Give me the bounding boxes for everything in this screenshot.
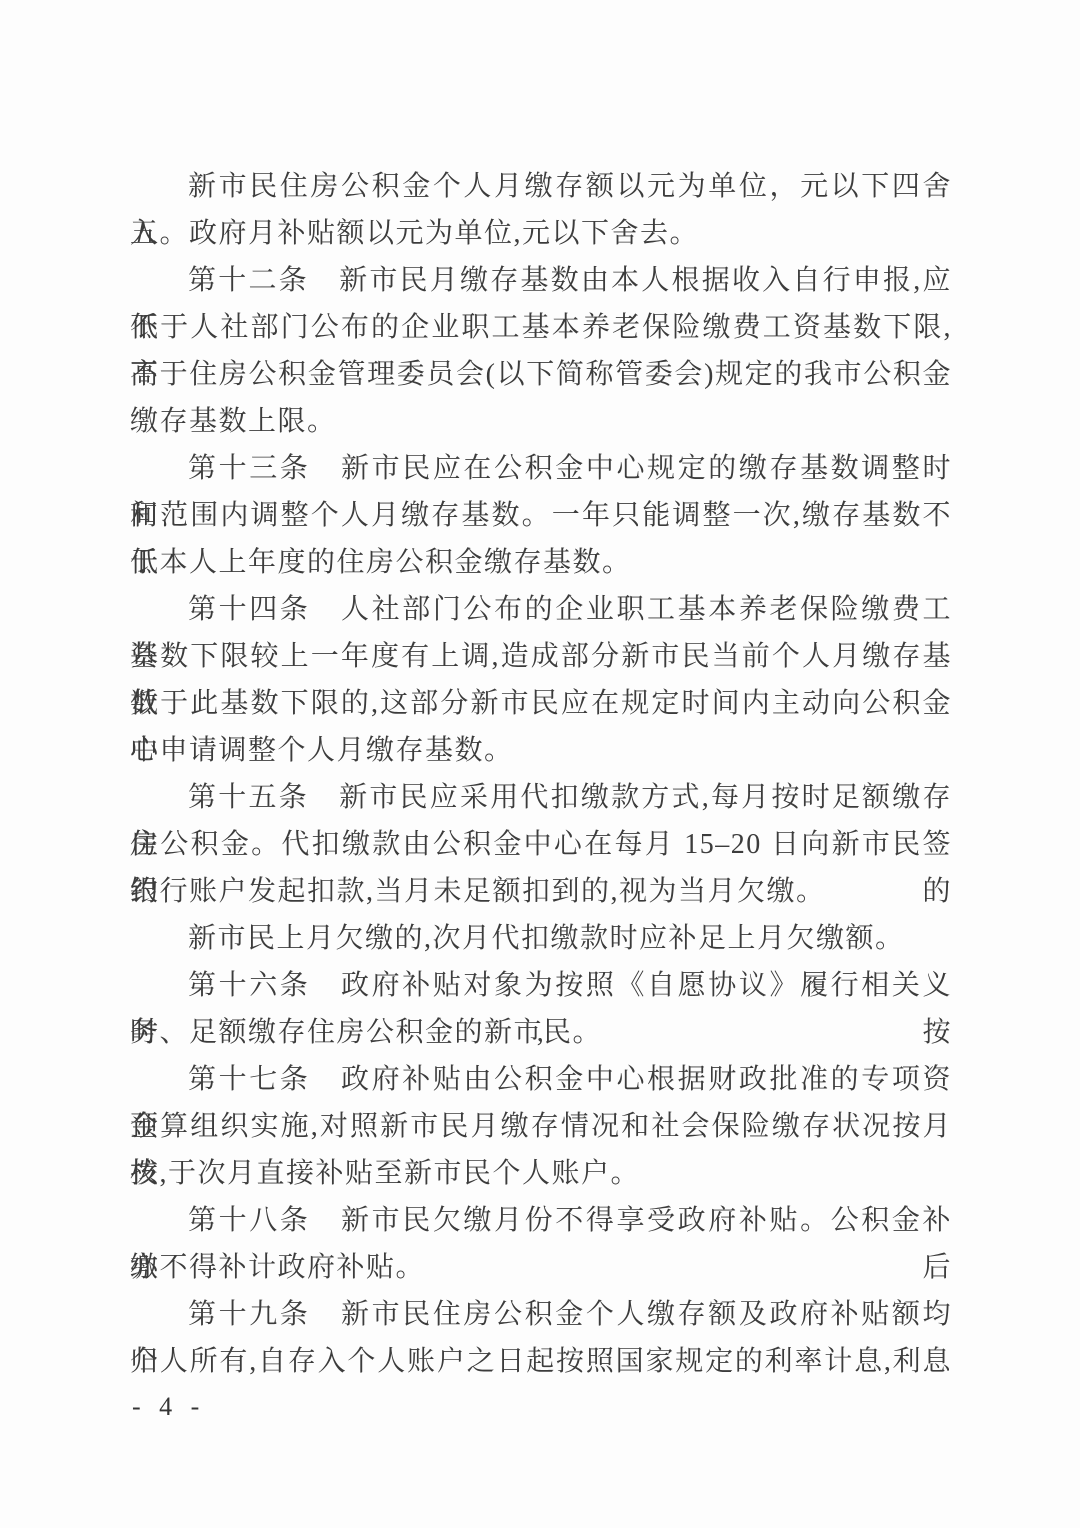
text-line: 第十八条 新市民欠缴月份不得享受政府补贴。公积金补缴后 [130, 1197, 952, 1244]
text-line: 第十五条 新市民应采用代扣缴款方式,每月按时足额缴存住 [130, 774, 952, 821]
paragraph: 第十九条 新市民住房公积金个人缴存额及政府补贴额均归个人所有,自存入个人账户之日… [130, 1291, 952, 1385]
text-line: 房公积金。代扣缴款由公积金中心在每月 15–20 日向新市民签约的 [130, 821, 952, 868]
paragraph: 第十六条 政府补贴对象为按照《自愿协议》履行相关义务,按时、足额缴存住房公积金的… [130, 962, 952, 1056]
text-line: 第十二条 新市民月缴存基数由本人根据收入自行申报,应不 [130, 257, 952, 304]
text-line: 缴存基数上限。 [130, 398, 952, 445]
paragraph: 新市民上月欠缴的,次月代扣缴款时应补足上月欠缴额。 [130, 915, 952, 962]
document-body: 新市民住房公积金个人月缴存额以元为单位，元以下四舍五入。政府月补贴额以元为单位,… [130, 163, 952, 1385]
text-line: 第十四条 人社部门公布的企业职工基本养老保险缴费工资 [130, 586, 952, 633]
text-line: 入。政府月补贴额以元为单位,元以下舍去。 [130, 210, 952, 257]
text-line: 第十六条 政府补贴对象为按照《自愿协议》履行相关义务,按 [130, 962, 952, 1009]
text-line: 低于人社部门公布的企业职工基本养老保险缴费工资基数下限,不 [130, 304, 952, 351]
text-line: 个人所有,自存入个人账户之日起按照国家规定的利率计息,利息 [130, 1338, 952, 1385]
paragraph: 第十五条 新市民应采用代扣缴款方式,每月按时足额缴存住房公积金。代扣缴款由公积金… [130, 774, 952, 915]
paragraph: 新市民住房公积金个人月缴存额以元为单位，元以下四舍五入。政府月补贴额以元为单位,… [130, 163, 952, 257]
text-line: 拨,于次月直接补贴至新市民个人账户。 [130, 1150, 952, 1197]
text-line: 于本人上年度的住房公积金缴存基数。 [130, 539, 952, 586]
text-line: 和范围内调整个人月缴存基数。一年只能调整一次,缴存基数不低 [130, 492, 952, 539]
paragraph: 第十二条 新市民月缴存基数由本人根据收入自行申报,应不低于人社部门公布的企业职工… [130, 257, 952, 445]
page-number: - 4 - [132, 1392, 205, 1422]
text-line: 高于住房公积金管理委员会(以下简称管委会)规定的我市公积金 [130, 351, 952, 398]
text-line: 第十九条 新市民住房公积金个人缴存额及政府补贴额均归 [130, 1291, 952, 1338]
text-line: 心申请调整个人月缴存基数。 [130, 727, 952, 774]
paragraph: 第十三条 新市民应在公积金中心规定的缴存基数调整时间和范围内调整个人月缴存基数。… [130, 445, 952, 586]
document-page: 新市民住房公积金个人月缴存额以元为单位，元以下四舍五入。政府月补贴额以元为单位,… [0, 0, 1080, 1528]
text-line: 新市民住房公积金个人月缴存额以元为单位，元以下四舍五 [130, 163, 952, 210]
text-line: 第十三条 新市民应在公积金中心规定的缴存基数调整时间 [130, 445, 952, 492]
paragraph: 第十八条 新市民欠缴月份不得享受政府补贴。公积金补缴后亦不得补计政府补贴。 [130, 1197, 952, 1291]
text-line: 基数下限较上一年度有上调,造成部分新市民当前个人月缴存基数 [130, 633, 952, 680]
text-line: 新市民上月欠缴的,次月代扣缴款时应补足上月欠缴额。 [130, 915, 952, 962]
text-line: 低于此基数下限的,这部分新市民应在规定时间内主动向公积金中 [130, 680, 952, 727]
text-line: 预算组织实施,对照新市民月缴存情况和社会保险缴存状况按月核 [130, 1103, 952, 1150]
paragraph: 第十四条 人社部门公布的企业职工基本养老保险缴费工资基数下限较上一年度有上调,造… [130, 586, 952, 774]
paragraph: 第十七条 政府补贴由公积金中心根据财政批准的专项资金预算组织实施,对照新市民月缴… [130, 1056, 952, 1197]
text-line: 第十七条 政府补贴由公积金中心根据财政批准的专项资金 [130, 1056, 952, 1103]
